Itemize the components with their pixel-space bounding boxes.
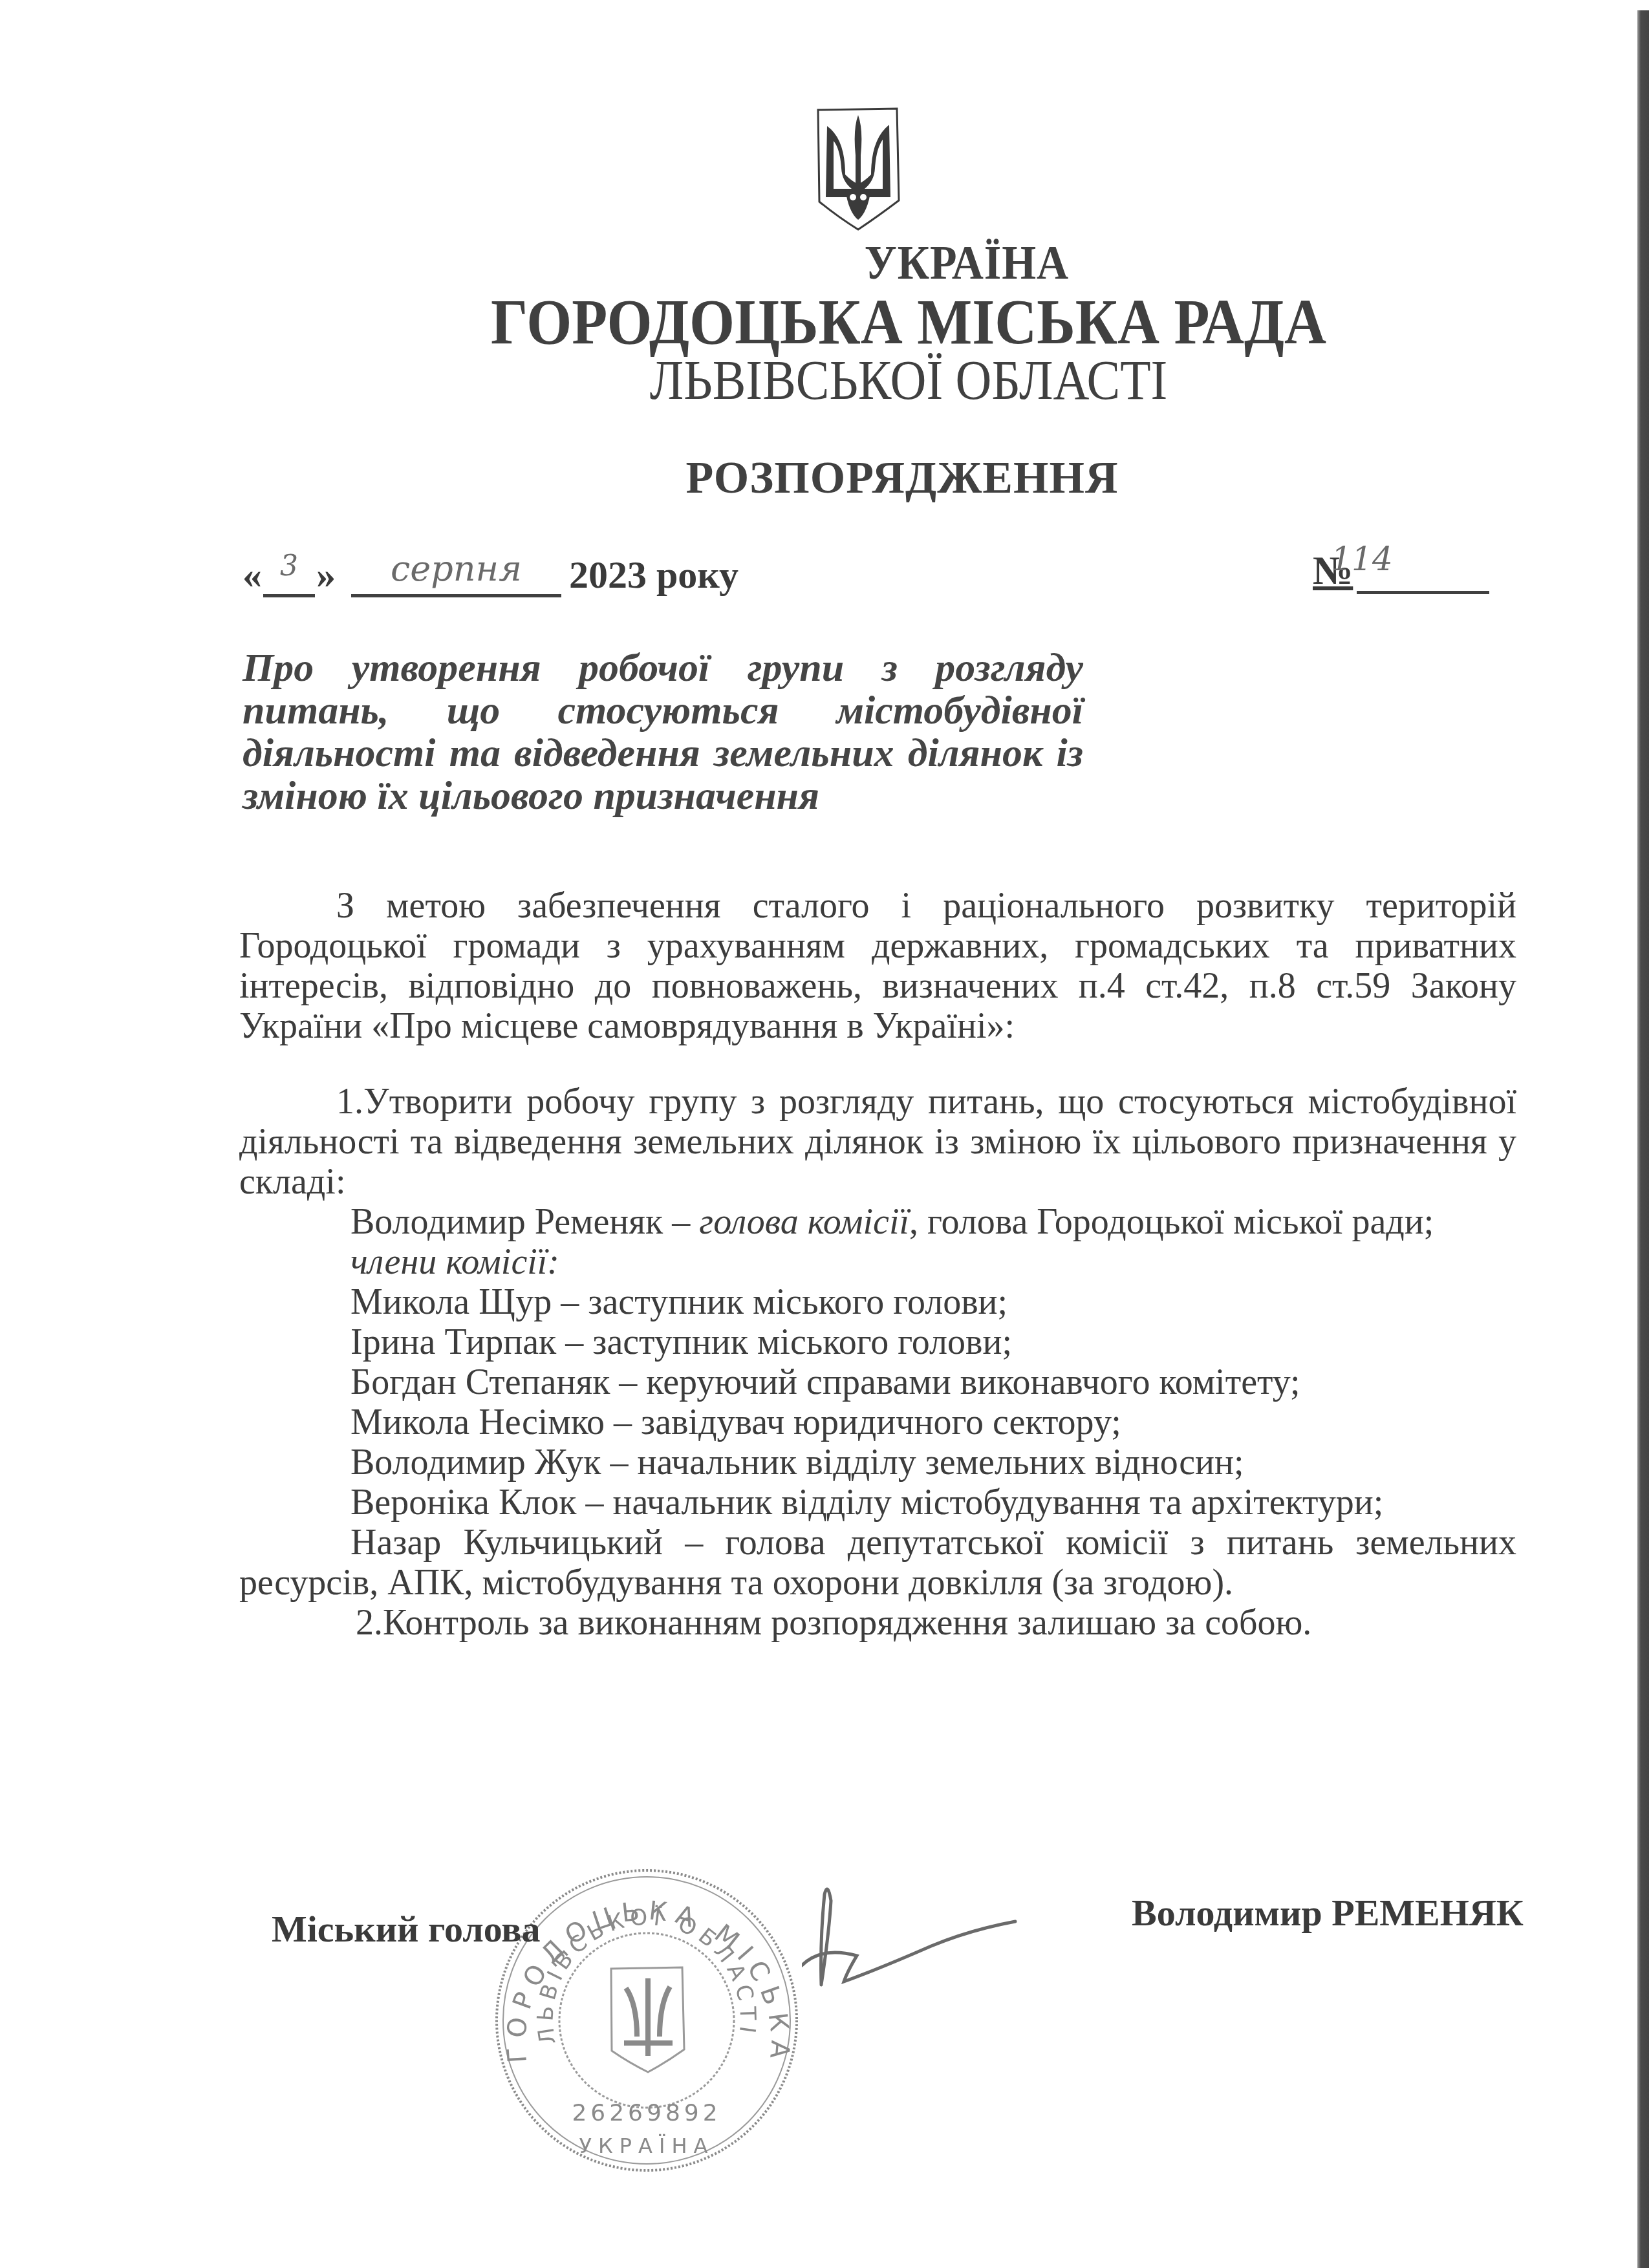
member-item: Назар Кульчицький – голова депутатської … [239,1523,1516,1603]
country-heading: УКРАЇНА [214,236,1649,291]
date-month-handwritten: серпня [351,548,561,589]
number-blank: 114 [1357,552,1489,594]
date-month-blank: серпня [351,555,561,597]
preamble-paragraph: З метою забезпечення сталого і раціональ… [239,886,1516,1046]
signatory-name: Володимир РЕМЕНЯК [1132,1891,1524,1934]
document-type-heading: РОЗПОРЯДЖЕННЯ [84,453,1649,504]
stamp-trident-icon [611,1967,684,2072]
signatory-role: Міський голова [272,1907,541,1951]
date-close-quote: » [316,553,336,597]
date-day-blank: 3 [263,555,315,597]
stamp-bottom-text: УКРАЇНА [579,2134,715,2158]
commission-chair: Володимир Ременяк – голова комісії, голо… [239,1202,1516,1242]
member-item: Микола Щур – заступник міського голови; [239,1282,1516,1322]
chair-role-italic: голова комісії [699,1202,909,1242]
item-2-paragraph: 2.Контроль за виконанням розпорядження з… [239,1603,1516,1643]
date-year: 2023 року [569,553,738,597]
stamp-code: 26269892 [572,2100,721,2126]
members-label: члени комісії: [239,1242,1516,1282]
document-number: № 114 [1313,548,1491,594]
document-body: З метою забезпечення сталого і раціональ… [239,886,1516,1643]
member-item: Ірина Тирпак – заступник міського голови… [239,1322,1516,1362]
member-item: Вероніка Клок – начальник відділу містоб… [239,1482,1516,1523]
member-item: Богдан Степаняк – керуючий справами вико… [239,1362,1516,1402]
trident-coat-of-arms-icon [813,103,903,233]
date-day-handwritten: 3 [263,550,315,583]
member-item: Микола Несімко – завідувач юридичного се… [239,1402,1516,1442]
date-open-quote: « [242,553,262,597]
official-seal-stamp: ГОРОДОЦЬКА МІСЬКА РАДА ЛЬВІВСЬКОЇ ОБЛАСТ… [466,1849,828,2185]
document-page: УКРАЇНА ГОРОДОЦЬКА МІСЬКА РАДА ЛЬВІВСЬКО… [0,0,1636,2268]
chair-name: Володимир Ременяк – [350,1202,699,1242]
region-heading: ЛЬВІВСЬКОЇ ОБЛАСТІ [173,348,1645,412]
chair-role-rest: , голова Городоцької міської ради; [909,1202,1434,1242]
item-1-paragraph: 1.Утворити робочу групу з розгляду питан… [239,1082,1516,1202]
document-date: « 3 » серпня 2023 року [242,553,738,597]
handwritten-signature [802,1875,1073,1991]
member-item: Володимир Жук – начальник відділу земель… [239,1442,1516,1482]
document-title: Про утворення робочої групи з розгляду п… [242,647,1083,817]
number-handwritten: 114 [1331,540,1392,578]
